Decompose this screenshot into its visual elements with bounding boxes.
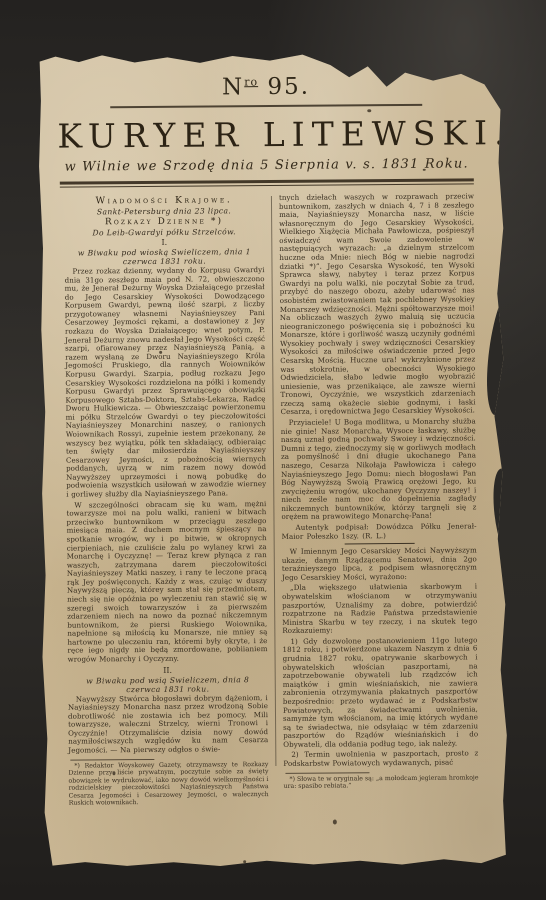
regiment-heading: Do Leib-Gwardyi półku Strzelców. [64,227,264,238]
torn-edge-patch [489,467,509,559]
right-paragraph-4: „Dla większego ułatwienia skarbowym i ob… [282,583,477,636]
masthead: Nro 95. KURYER LITEWSKI. w Wilnie we Srz… [57,72,476,187]
torn-edge-patch [481,285,509,418]
right-paragraph-6: 2) Termin uwolnienia w paszportach, pros… [283,750,478,769]
issue-number: Nro 95. [57,72,475,101]
orders-heading: Rozkazy Dzienne *) [64,216,264,228]
issue-value: 95. [267,74,310,100]
left-footnote: *) Redaktor Woyskowey Gazety, otrzymawsz… [68,761,268,808]
left-paragraph-3: Naywyższy Stwórca błogosławi dobrym dąże… [68,694,268,756]
left-footnote-rule [70,759,154,761]
right-footnote-rule [285,772,369,774]
ink-speck [333,820,337,825]
left-paragraph-1: Przez rozkaz dzienny, wydany do Korpusu … [64,266,266,499]
ink-speck [423,169,426,171]
left-paragraph-2: W szczególności obracam się ku wam, mężn… [66,500,267,665]
part-one-numeral: I. [64,237,264,248]
part-one-placeline: w Biwaku pod wioską Swieliczem, dnia 1 c… [64,247,264,267]
ink-speck [367,109,371,112]
ink-speck [159,351,162,354]
newspaper-page: Nro 95. KURYER LITEWSKI. w Wilnie we Srz… [37,48,509,870]
section-separator-rule [344,543,414,545]
left-column: Wiadomości Krajowe. Sankt-Petersburg dni… [64,194,269,808]
part-two-placeline: w Biwaku pod wsią Swieliczem, dnia 8 cze… [68,675,268,695]
right-footnote: *) Słowa te w oryginale są: „a mołodcam … [283,774,478,791]
right-paragraph-5: 1) Gdy dozwolone postanowieniem 11go lut… [282,636,478,749]
section-heading-domestic-news: Wiadomości Krajowe. [64,194,264,207]
issue-dateline: w Wilnie we Srzodę dnia 5 Sierpnia v. s.… [58,156,476,174]
right-paragraph-2: Przyiaciele! U Boga modlitwa, u Monarchy… [281,417,477,521]
right-column: tnych dziełach waszych w rozprawach prze… [279,192,479,806]
article-columns: Wiadomości Krajowe. Sankt-Petersburg dni… [58,192,481,807]
right-paragraph-3: W Imiennym Jego Cesarskiey Mości Naywyżs… [282,547,477,583]
signature-line: Autentyk podpisał: Dowódzca Półku Jenera… [282,522,477,541]
issue-prefix: N [222,74,244,100]
masthead-rule [110,104,422,108]
ink-speck [112,771,115,775]
ink-speck [243,860,246,863]
right-paragraph-1: tnych dziełach waszych w rozprawach prze… [279,192,476,417]
scan-background: Nro 95. KURYER LITEWSKI. w Wilnie we Srz… [0,0,546,900]
newspaper-title: KURYER LITEWSKI. [57,113,475,155]
part-two-numeral: II. [68,665,268,676]
column-divider [271,196,276,766]
news-dateline: Sankt-Petersburg dnia 23 lipca. [64,206,264,217]
masthead-double-rule [60,178,474,187]
issue-superscript: ro [244,75,258,88]
